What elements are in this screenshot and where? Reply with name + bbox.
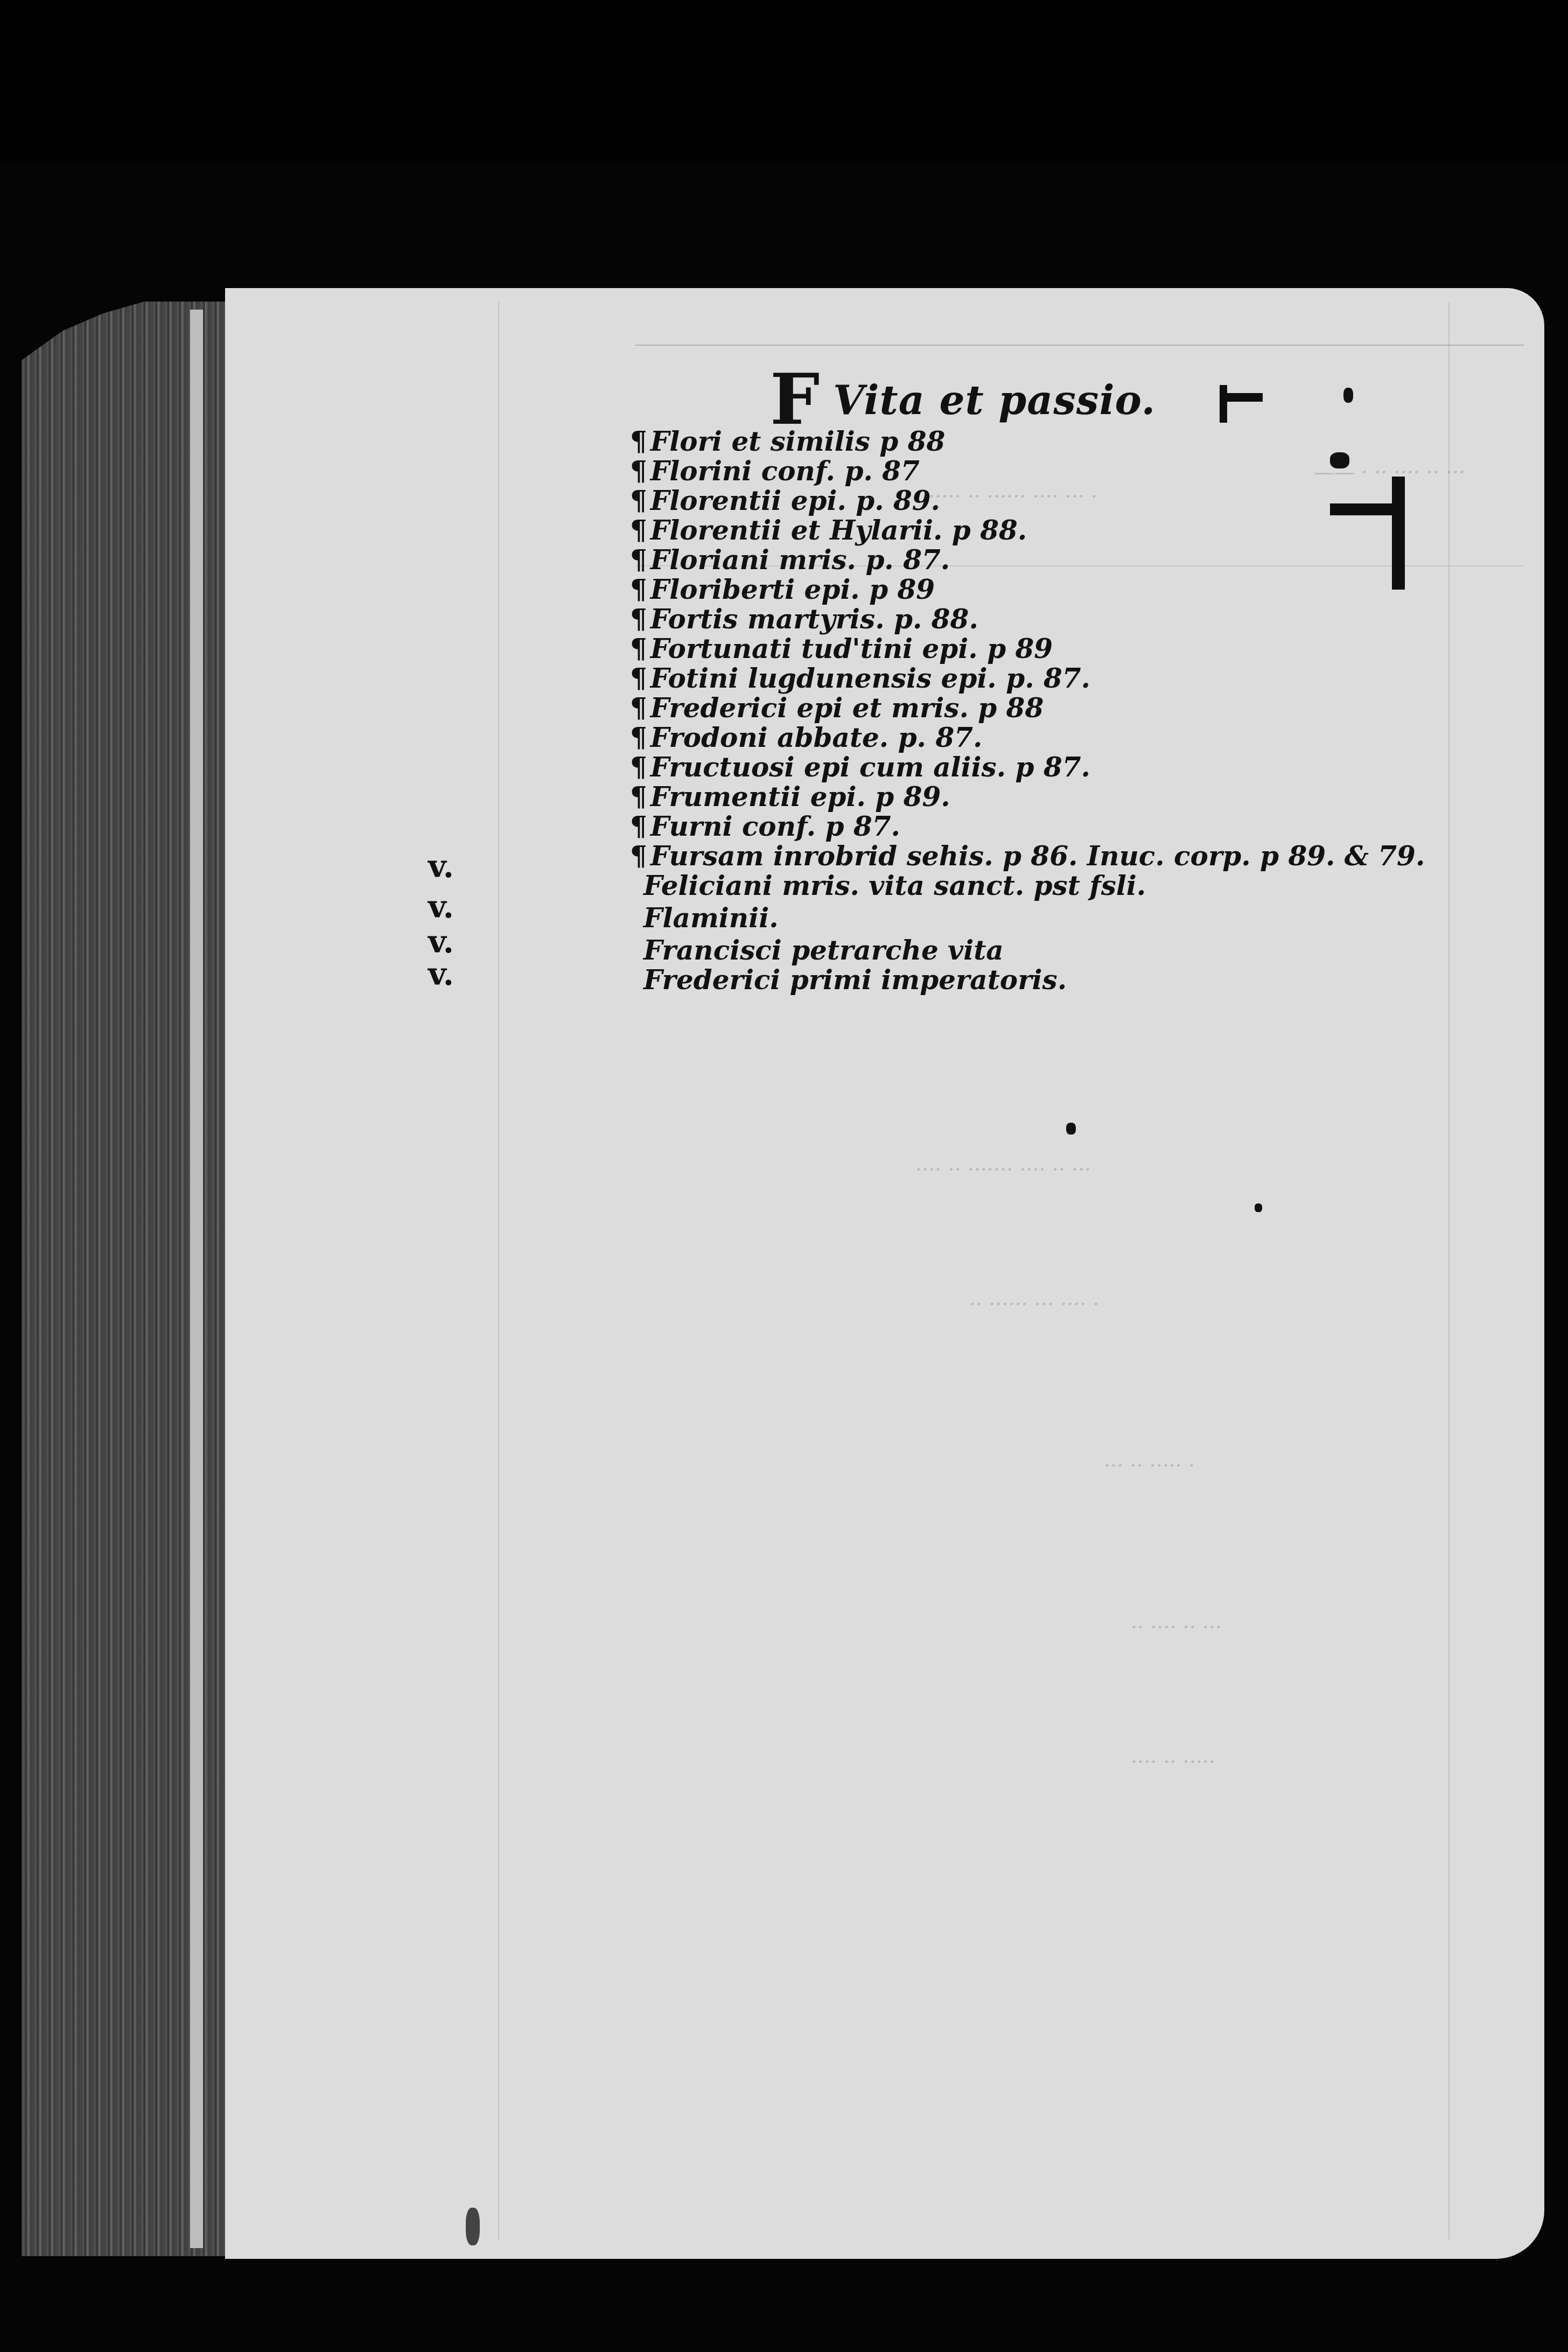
entry-text: Fotini lugdunensis epi. bbox=[650, 662, 997, 694]
bleed-through-initial bbox=[1220, 393, 1263, 402]
margin-mark: v. bbox=[428, 956, 454, 992]
entry-page: p 88. bbox=[952, 514, 1027, 546]
photo-backdrop bbox=[0, 0, 1568, 162]
entry-page: p 86. Inuc. corp. p 89. & 79. bbox=[1003, 840, 1425, 872]
bleed-through-text: ···· ·· ······· ···· ·· ··· bbox=[915, 1158, 1091, 1181]
pilcrow-icon: ¶ bbox=[630, 781, 647, 813]
entry-page: p 87. bbox=[1016, 751, 1090, 783]
entry-text: Frederici epi et mris. bbox=[650, 692, 969, 724]
entry-page: p. 87. bbox=[898, 722, 983, 753]
entry-page: p. 89. bbox=[856, 485, 940, 516]
pilcrow-icon: ¶ bbox=[630, 633, 647, 664]
index-entry: ¶Florini conf. p. 87 bbox=[630, 455, 920, 487]
index-entry: ¶Furni conf. p 87. bbox=[630, 810, 900, 842]
index-entry: ¶Floriani mris. p. 87. bbox=[630, 544, 950, 576]
entry-page: p. 87. bbox=[865, 544, 950, 576]
fore-edge-gap bbox=[190, 310, 203, 2248]
index-entry: ¶Floriberti epi. p 89 bbox=[630, 573, 935, 605]
entry-text: Flaminii. bbox=[643, 902, 779, 934]
ruling-line bbox=[498, 302, 499, 2240]
entry-text: Furni conf. bbox=[650, 810, 816, 842]
ink-blot bbox=[1066, 1123, 1076, 1135]
entry-page: p. 88. bbox=[894, 603, 978, 635]
pilcrow-icon: ¶ bbox=[630, 573, 647, 605]
entry-text: Frodoni abbate. bbox=[650, 722, 888, 753]
index-entry: ¶Fortunati tud'tini epi. p 89 bbox=[630, 633, 1053, 664]
entry-page: p 88 bbox=[978, 692, 1044, 724]
pilcrow-icon: ¶ bbox=[630, 485, 647, 516]
index-entry: Frederici primi imperatoris. bbox=[643, 964, 1067, 996]
bleed-through-text: ··· ·· ····· · bbox=[1104, 1454, 1195, 1478]
bleed-through-text: ·· ···· ·· ··· bbox=[1131, 1615, 1222, 1639]
index-entry: ¶Fortis martyris. p. 88. bbox=[630, 603, 978, 635]
entry-text: Fursam inrobrid sehis. bbox=[650, 840, 993, 872]
pilcrow-icon: ¶ bbox=[630, 722, 647, 753]
entry-text: Frumentii epi. bbox=[650, 781, 866, 813]
bleed-through-text: · ····· ·· ······ ···· ··· · bbox=[915, 485, 1097, 508]
index-entry: ¶Florentii epi. p. 89. bbox=[630, 485, 940, 516]
entry-text: Flori et similis bbox=[650, 425, 870, 457]
index-entry: ¶Frumentii epi. p 89. bbox=[630, 781, 950, 813]
entry-page: p. 87. bbox=[1006, 662, 1090, 694]
entry-text: Florentii et Hylarii. bbox=[650, 514, 943, 546]
pilcrow-icon: ¶ bbox=[630, 810, 647, 842]
index-entry: Francisci petrarche vita bbox=[643, 934, 1004, 966]
index-entry: ¶Florentii et Hylarii. p 88. bbox=[630, 514, 1027, 546]
index-entry: ¶Frederici epi et mris. p 88 bbox=[630, 692, 1044, 724]
margin-mark: v. bbox=[428, 923, 454, 960]
index-entry: ¶Frodoni abbate. p. 87. bbox=[630, 722, 982, 753]
entry-page: p 88 bbox=[879, 425, 945, 457]
index-entry: ¶Fursam inrobrid sehis. p 86. Inuc. corp… bbox=[630, 840, 1425, 872]
entry-text: Feliciani mris. vita sanct. pst fsli. bbox=[643, 870, 1146, 901]
ruling-line bbox=[635, 345, 1524, 346]
entry-text: Fructuosi epi cum aliis. bbox=[650, 751, 1006, 783]
entry-page: p 89 bbox=[869, 573, 935, 605]
bleed-through-text: ···· ·· ····· bbox=[1131, 1750, 1215, 1774]
index-entry: Flaminii. bbox=[643, 902, 779, 934]
entry-text: Florentii epi. bbox=[650, 485, 846, 516]
entry-page: p 87. bbox=[825, 810, 900, 842]
pilcrow-icon: ¶ bbox=[630, 514, 647, 546]
ink-blot bbox=[1330, 452, 1349, 468]
entry-text: Francisci petrarche vita bbox=[643, 934, 1004, 966]
paper-stain bbox=[466, 2208, 480, 2245]
ruling-line bbox=[1448, 302, 1450, 2240]
index-entry: Feliciani mris. vita sanct. pst fsli. bbox=[643, 870, 1146, 901]
bleed-through-initial bbox=[1392, 477, 1405, 590]
entry-text: Fortis martyris. bbox=[650, 603, 885, 635]
entry-page: p 89 bbox=[987, 633, 1053, 664]
index-entry: ¶Fructuosi epi cum aliis. p 87. bbox=[630, 751, 1090, 783]
index-entry: ¶Fotini lugdunensis epi. p. 87. bbox=[630, 662, 1090, 694]
margin-mark: v. bbox=[428, 848, 454, 885]
index-entry: ¶Flori et similis p 88 bbox=[630, 425, 945, 457]
pilcrow-icon: ¶ bbox=[630, 425, 647, 457]
pilcrow-icon: ¶ bbox=[630, 544, 647, 576]
entry-text: Florini conf. bbox=[650, 455, 835, 487]
ink-blot bbox=[1255, 1203, 1262, 1212]
pilcrow-icon: ¶ bbox=[630, 603, 647, 635]
entry-page: p 89. bbox=[875, 781, 950, 813]
entry-text: Floriani mris. bbox=[650, 544, 856, 576]
margin-mark: v. bbox=[428, 888, 454, 925]
bleed-through-text: ·· ······ ··· ···· · bbox=[969, 1292, 1100, 1316]
bleed-through-initial bbox=[1330, 503, 1400, 515]
entry-text: Fortunati tud'tini epi. bbox=[650, 633, 978, 664]
heading-text: Vita et passio. bbox=[833, 377, 1156, 424]
pilcrow-icon: ¶ bbox=[630, 692, 647, 724]
pilcrow-icon: ¶ bbox=[630, 662, 647, 694]
pilcrow-icon: ¶ bbox=[630, 455, 647, 487]
pilcrow-icon: ¶ bbox=[630, 751, 647, 783]
entry-text: Frederici primi imperatoris. bbox=[643, 964, 1067, 996]
pilcrow-icon: ¶ bbox=[630, 840, 647, 872]
entry-text: Floriberti epi. bbox=[650, 573, 860, 605]
entry-page: p. 87 bbox=[844, 455, 919, 487]
ink-blot bbox=[1343, 388, 1353, 403]
bleed-through-initial bbox=[1220, 385, 1227, 423]
